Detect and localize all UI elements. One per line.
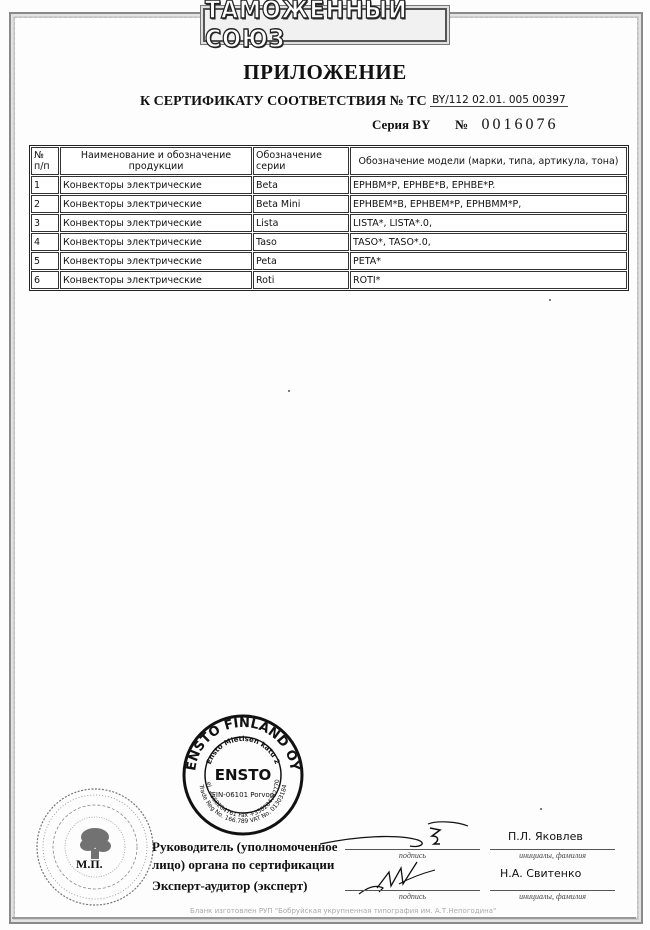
- header-models: Обозначение модели (марки, типа, артикул…: [350, 147, 627, 175]
- certificate-prefix: К СЕРТИФИКАТУ СООТВЕТСТВИЯ: [140, 94, 386, 109]
- expert-name: Н.А. Свитенко: [500, 867, 581, 880]
- cell-product: Конвекторы электрические: [60, 271, 252, 289]
- scan-speck: [540, 808, 542, 810]
- signature-caption: подпись: [345, 892, 480, 901]
- certification-seal-icon: [33, 785, 157, 909]
- certificate-no-label: № ТС: [390, 94, 427, 109]
- banner-text: ТАМОЖЕННЫЙ СОЮЗ: [205, 0, 445, 54]
- cell-no: 2: [31, 195, 59, 213]
- cell-series: Beta Mini: [253, 195, 349, 213]
- table-row: 1Конвекторы электрическиеBetaEPHBM*P, EP…: [31, 176, 627, 194]
- certificate-appendix-page: ТАМОЖЕННЫЙ СОЮЗ ПРИЛОЖЕНИЕ К СЕРТИФИКАТУ…: [0, 0, 650, 930]
- cell-models: PETA*: [350, 252, 627, 270]
- table-row: 2Конвекторы электрическиеBeta MiniEPHBEM…: [31, 195, 627, 213]
- initials-caption: инициалы, фамилия: [490, 892, 615, 901]
- head-label-line2: лицо) органа по сертификации: [152, 857, 334, 873]
- ensto-company-stamp-icon: ENSTO FINLAND OY Ensto Mietisen katu 2 E…: [181, 713, 305, 837]
- cell-product: Конвекторы электрические: [60, 176, 252, 194]
- cell-models: TASO*, TASO*.0,: [350, 233, 627, 251]
- table-row: 6Конвекторы электрическиеRotiROTI*: [31, 271, 627, 289]
- number-label: №: [455, 117, 468, 132]
- expert-label: Эксперт-аудитор (эксперт): [152, 878, 308, 894]
- initials-caption: инициалы, фамилия: [490, 851, 615, 860]
- cell-no: 1: [31, 176, 59, 194]
- cell-series: Taso: [253, 233, 349, 251]
- scan-speck: [549, 299, 551, 301]
- head-name: П.Л. Яковлев: [508, 830, 583, 843]
- header-no: № п/п: [31, 147, 59, 175]
- table-row: 5Конвекторы электрическиеPetaPETA*: [31, 252, 627, 270]
- table-row: 4Конвекторы электрическиеTasoTASO*, TASO…: [31, 233, 627, 251]
- cell-product: Конвекторы электрические: [60, 233, 252, 251]
- table-row: 3Конвекторы электрическиеListaLISTA*, LI…: [31, 214, 627, 232]
- signature-line: [345, 890, 480, 891]
- cell-series: Peta: [253, 252, 349, 270]
- product-table: № п/п Наименование и обозначение продукц…: [29, 145, 629, 291]
- svg-text:ENSTO: ENSTO: [215, 766, 272, 784]
- seal-mark: М.П.: [76, 857, 103, 872]
- header-product: Наименование и обозначение продукции: [60, 147, 252, 175]
- initials-line: [490, 890, 615, 891]
- form-number: 0016076: [481, 116, 558, 133]
- series-label: Серия: [372, 117, 409, 132]
- cell-product: Конвекторы электрические: [60, 195, 252, 213]
- scan-speck: [288, 390, 290, 392]
- customs-union-banner: ТАМОЖЕННЫЙ СОЮЗ: [203, 8, 447, 42]
- cell-models: EPHBEM*B, EPHBEM*P, EPHBMM*P,: [350, 195, 627, 213]
- series-value: BY: [412, 117, 430, 132]
- form-series: Серия BY № 0016076: [372, 116, 558, 134]
- cell-product: Конвекторы электрические: [60, 214, 252, 232]
- cell-no: 6: [31, 271, 59, 289]
- footer-rule: [12, 917, 636, 919]
- page-title: ПРИЛОЖЕНИЕ: [0, 60, 650, 85]
- cell-models: EPHBM*P, EPHBE*B, EPHBE*P.: [350, 176, 627, 194]
- cell-series: Beta: [253, 176, 349, 194]
- cell-no: 3: [31, 214, 59, 232]
- svg-text:FIN-06101 Porvoo: FIN-06101 Porvoo: [212, 791, 274, 799]
- initials-line: [490, 849, 615, 850]
- header-series: Обозначение серии: [253, 147, 349, 175]
- cell-no: 4: [31, 233, 59, 251]
- ensto-outer-text: ENSTO FINLAND OY: [184, 716, 302, 773]
- head-label-line1: Руководитель (уполномоченное: [152, 839, 338, 855]
- certificate-reference: К СЕРТИФИКАТУ СООТВЕТСТВИЯ № ТС BY/112 0…: [140, 94, 568, 110]
- cell-series: Roti: [253, 271, 349, 289]
- cell-models: ROTI*: [350, 271, 627, 289]
- signature-line: [345, 849, 480, 850]
- cell-series: Lista: [253, 214, 349, 232]
- printer-note: Бланк изготовлен РУП "Бобруйская укрупне…: [190, 907, 496, 915]
- certificate-number: BY/112 02.01. 005 00397: [430, 94, 567, 107]
- cell-models: LISTA*, LISTA*.0,: [350, 214, 627, 232]
- table-header-row: № п/п Наименование и обозначение продукц…: [31, 147, 627, 175]
- cell-product: Конвекторы электрические: [60, 252, 252, 270]
- svg-text:ENSTO FINLAND OY: ENSTO FINLAND OY: [184, 716, 302, 773]
- cell-no: 5: [31, 252, 59, 270]
- head-signature-icon: [318, 818, 478, 852]
